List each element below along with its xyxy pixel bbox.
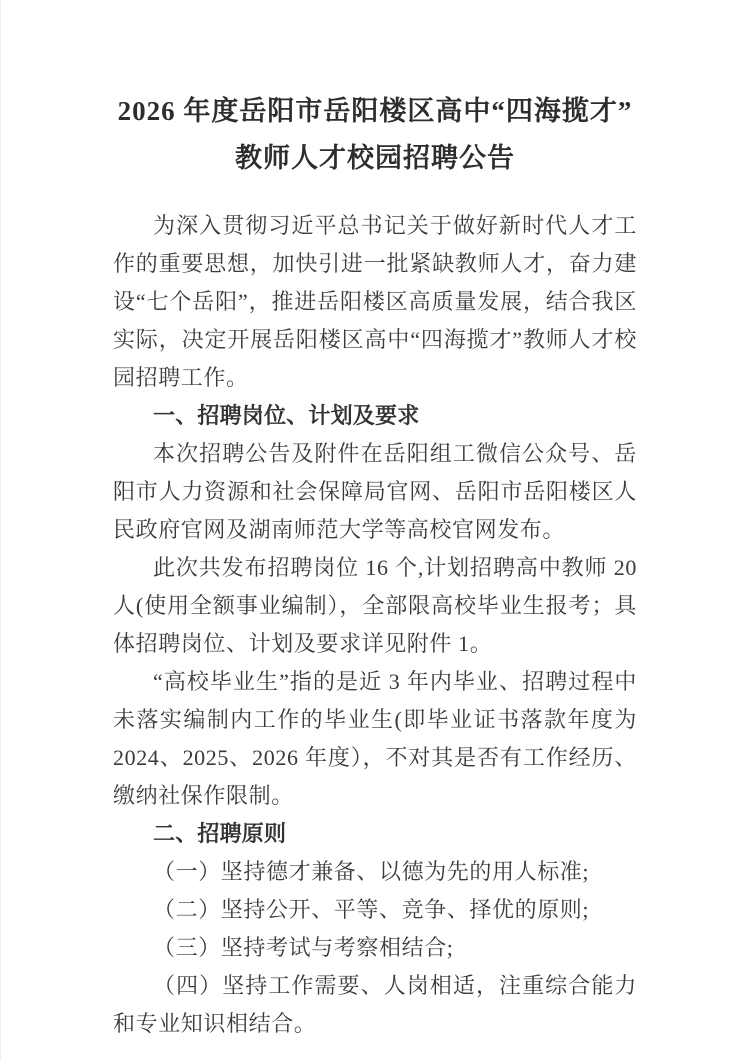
- paragraph-intro: 为深入贯彻习近平总书记关于做好新时代人才工作的重要思想，加快引进一批紧缺教师人才…: [113, 207, 637, 397]
- paragraph-publish-channels: 本次招聘公告及附件在岳阳组工微信公众号、岳阳市人力资源和社会保障局官网、岳阳市岳…: [113, 435, 637, 549]
- title-line-1: 2026 年度岳阳市岳阳楼区高中“四海揽才”: [113, 88, 637, 135]
- document-body: 为深入贯彻习近平总书记关于做好新时代人才工作的重要思想，加快引进一批紧缺教师人才…: [113, 207, 637, 1043]
- heading-section-1: 一、招聘岗位、计划及要求: [113, 397, 637, 435]
- list-item-principle-3: （三）坚持考试与考察相结合;: [113, 929, 637, 967]
- paragraph-position-counts: 此次共发布招聘岗位 16 个,计划招聘高中教师 20 人(使用全额事业编制），全…: [113, 549, 637, 663]
- document-title: 2026 年度岳阳市岳阳楼区高中“四海揽才” 教师人才校园招聘公告: [113, 88, 637, 182]
- list-item-principle-1: （一）坚持德才兼备、以德为先的用人标准;: [113, 853, 637, 891]
- document-page: 2026 年度岳阳市岳阳楼区高中“四海揽才” 教师人才校园招聘公告 为深入贯彻习…: [0, 0, 750, 1061]
- heading-section-2: 二、招聘原则: [113, 815, 637, 853]
- title-line-2: 教师人才校园招聘公告: [113, 135, 637, 182]
- list-item-principle-2: （二）坚持公开、平等、竞争、择优的原则;: [113, 891, 637, 929]
- list-item-principle-4: （四）坚持工作需要、人岗相适，注重综合能力和专业知识相结合。: [113, 967, 637, 1043]
- paragraph-graduate-definition: “高校毕业生”指的是近 3 年内毕业、招聘过程中未落实编制内工作的毕业生(即毕业…: [113, 663, 637, 815]
- document-content: 2026 年度岳阳市岳阳楼区高中“四海揽才” 教师人才校园招聘公告 为深入贯彻习…: [113, 0, 637, 1043]
